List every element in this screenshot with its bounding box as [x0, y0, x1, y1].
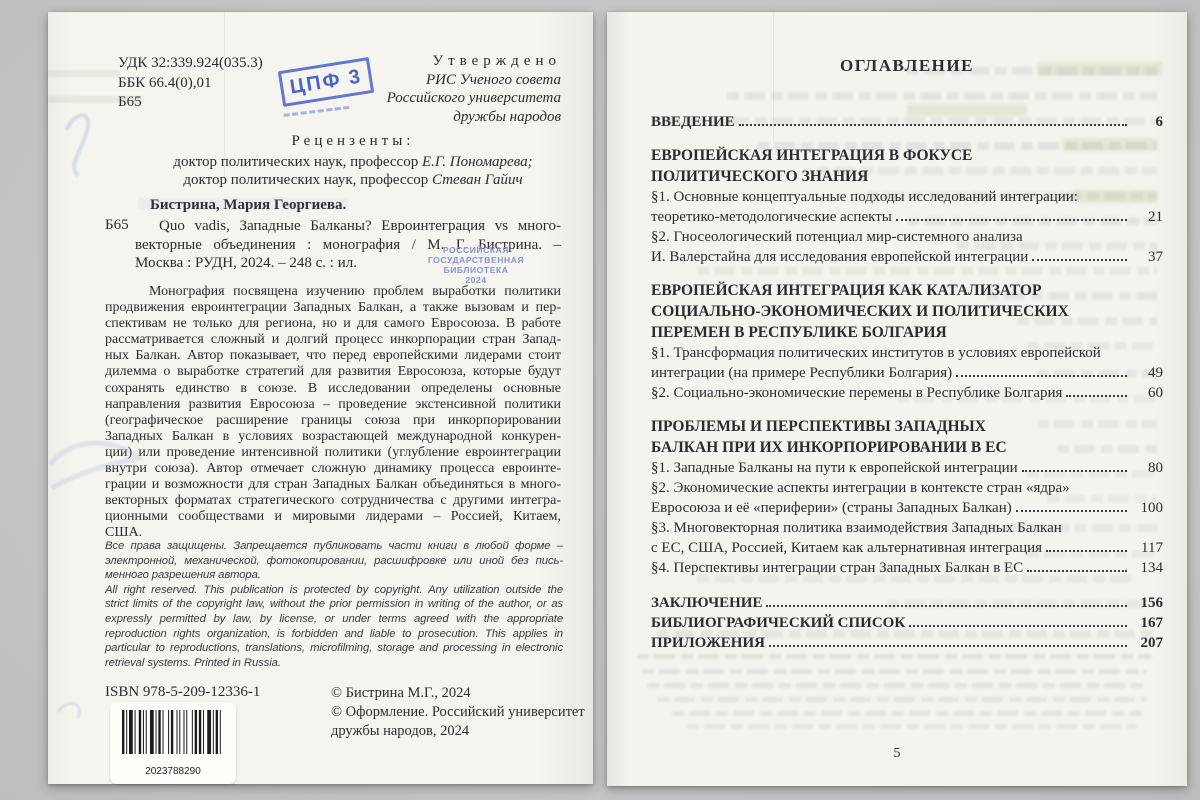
toc-page-number: 207 — [1129, 633, 1163, 653]
toc-item-label: БИБЛИОГРАФИЧЕСКИЙ СПИСОК — [651, 613, 905, 633]
copyright-line: дружбы народов, 2024 — [331, 722, 585, 741]
toc-item-row: ПРИЛОЖЕНИЯ207 — [651, 633, 1163, 653]
approved-line: РИС Ученого совета — [387, 71, 561, 90]
toc-page-number: 156 — [1129, 593, 1163, 613]
toc-section-heading: ПРОБЛЕМЫ И ПЕРСПЕКТИВЫ ЗАПАДНЫХБАЛКАН ПР… — [651, 416, 1163, 458]
toc-dot-leader — [909, 625, 1127, 627]
toc-item-row: интеграции (на примере Республики Болгар… — [651, 363, 1163, 383]
rights-en-line: strict limits of the copyright law, with… — [105, 597, 563, 612]
imprint-page: УДК 32:339.924(035.3) ББК 66.4(0),01 Б65… — [48, 12, 593, 784]
toc-dot-leader — [1022, 470, 1127, 472]
toc-page-number: 167 — [1129, 613, 1163, 633]
annotation-line: грации и возможности для стран Западных … — [105, 477, 561, 493]
toc-item-label: ПРИЛОЖЕНИЯ — [651, 633, 765, 653]
reviewers-heading: Рецензенты: — [138, 132, 568, 151]
annotation-line: ции) или проведение интенсивной политики… — [105, 445, 561, 461]
toc-item-line: §2. Гносеологический потенциал мир-систе… — [651, 227, 1163, 247]
toc-item: БИБЛИОГРАФИЧЕСКИЙ СПИСОК167 — [651, 613, 1163, 633]
toc-item-label: ВВЕДЕНИЕ — [651, 112, 735, 132]
toc-item-label: §1. Западные Балканы на пути к европейск… — [651, 458, 1018, 478]
toc-page-number: 60 — [1129, 383, 1163, 403]
barcode-sticker: 2023788290 — [110, 702, 236, 784]
toc-dot-leader — [1046, 550, 1127, 552]
annotation-line: рассматривается сложный и долгий процесс… — [105, 332, 561, 348]
reviewer-line: доктор политических наук, профессор Е.Г.… — [138, 153, 568, 172]
ghost-text-row — [687, 724, 1137, 729]
toc-item-row: БИБЛИОГРАФИЧЕСКИЙ СПИСОК167 — [651, 613, 1163, 633]
toc-item: ЗАКЛЮЧЕНИЕ156 — [651, 593, 1163, 613]
toc-heading: ОГЛАВЛЕНИЕ — [651, 56, 1163, 76]
isbn: ISBN 978-5-209-12336-1 — [105, 684, 260, 701]
bbk-code: ББК 66.4(0),01 — [118, 74, 263, 94]
copyright-line: © Оформление. Российский университет — [331, 703, 585, 722]
toc-page-number: 80 — [1129, 458, 1163, 478]
library-ink-stamp: РОССИЙСКАЯГОСУДАРСТВЕННАЯБИБЛИОТЕКА2024 — [416, 245, 536, 285]
toc-section-heading: ЕВРОПЕЙСКАЯ ИНТЕГРАЦИЯ В ФОКУСЕПОЛИТИЧЕС… — [651, 145, 1163, 187]
toc-section-line: БАЛКАН ПРИ ИХ ИНКОРПОРИРОВАНИИ В ЕС — [651, 437, 1163, 458]
ghost-text-row — [637, 654, 1152, 659]
annotation-paragraph: Монография посвящена изучению проблем вы… — [105, 284, 561, 542]
toc-section-line: СОЦИАЛЬНО-ЭКОНОМИЧЕСКИХ И ПОЛИТИЧЕСКИХ — [651, 301, 1163, 322]
toc-item: ПРИЛОЖЕНИЯ207 — [651, 633, 1163, 653]
toc-item-label: теоретико-методологические аспекты — [651, 207, 892, 227]
toc-section-line: ПЕРЕМЕН В РЕСПУБЛИКЕ БОЛГАРИЯ — [651, 322, 1163, 343]
toc-page-number: 6 — [1129, 112, 1163, 132]
annotation-line: ных Балкан. Автор показывает, что перед … — [105, 348, 561, 364]
toc-section-heading: ЕВРОПЕЙСКАЯ ИНТЕГРАЦИЯ КАК КАТАЛИЗАТОРСО… — [651, 280, 1163, 343]
toc-item-row: теоретико-методологические аспекты21 — [651, 207, 1163, 227]
annotation-line: ционными сообществами и мировыми лидерам… — [105, 509, 561, 525]
toc-section-line: ПРОБЛЕМЫ И ПЕРСПЕКТИВЫ ЗАПАДНЫХ — [651, 416, 1163, 437]
toc-section-line: ПОЛИТИЧЕСКОГО ЗНАНИЯ — [651, 166, 1163, 187]
catalog-author: Бистрина, Мария Георгиева. — [150, 197, 346, 214]
toc-page-number: 37 — [1129, 247, 1163, 267]
copyright-line: © Бистрина М.Г., 2024 — [331, 684, 585, 703]
contents-page: ОГЛАВЛЕНИЕ ВВЕДЕНИЕ6ЕВРОПЕЙСКАЯ ИНТЕГРАЦ… — [607, 12, 1187, 786]
toc-item-label: §4. Перспективы интеграции стран Западны… — [651, 558, 1023, 578]
annotation-line: Западных Балкан в условиях возрастающей … — [105, 429, 561, 445]
reviewer-degree: доктор политических наук, профессор — [173, 154, 422, 170]
toc-item: §2. Социально-экономические перемены в Р… — [651, 383, 1163, 403]
rights-en-line: reproduction rights organization, is for… — [105, 627, 563, 642]
barcode-icon — [110, 702, 236, 762]
toc-page-number: 49 — [1129, 363, 1163, 383]
library-stamp-line: ГОСУДАРСТВЕННАЯ — [416, 255, 536, 265]
ghost-text-row — [657, 697, 1147, 702]
rights-en-line: All right reserved. This publication is … — [105, 583, 563, 598]
annotation-line: (географическое расширение границы союза… — [105, 413, 561, 429]
toc-page-number: 21 — [1129, 207, 1163, 227]
page-number: 5 — [607, 746, 1187, 762]
toc-dot-leader — [956, 375, 1127, 377]
ghost-text-row — [647, 683, 1147, 688]
udk-code: УДК 32:339.924(035.3) — [118, 54, 263, 74]
toc-dot-leader — [1016, 510, 1127, 512]
reviewer-degree: доктор политических наук, профессор — [183, 172, 432, 188]
annotation-line: продвижения евроинтеграции Западных Балк… — [105, 300, 561, 316]
toc-page-number: 117 — [1129, 538, 1163, 558]
toc-page-number: 100 — [1129, 498, 1163, 518]
rights-en-line: particular to reproductions, translation… — [105, 641, 563, 656]
toc-item-row: И. Валерстайна для исследования европейс… — [651, 247, 1163, 267]
toc-item: §1. Западные Балканы на пути к европейск… — [651, 458, 1163, 478]
toc-item: §3. Многовекторная политика взаимодейств… — [651, 518, 1163, 558]
book-code: Б65 — [118, 93, 263, 113]
reviewer-line: доктор политических наук, профессор Стев… — [138, 171, 568, 190]
toc-dot-leader — [739, 124, 1127, 126]
book-scan: УДК 32:339.924(035.3) ББК 66.4(0),01 Б65… — [0, 0, 1200, 800]
rights-en-line: expressly permitted by law, by license, … — [105, 612, 563, 627]
toc-item: ВВЕДЕНИЕ6 — [651, 112, 1163, 132]
table-of-contents: ОГЛАВЛЕНИЕ ВВЕДЕНИЕ6ЕВРОПЕЙСКАЯ ИНТЕГРАЦ… — [651, 12, 1163, 653]
annotation-line: дилемма о выработке стратегий для развит… — [105, 364, 561, 380]
approved-line: Российского университета — [387, 89, 561, 108]
toc-item: §1. Трансформация политических институто… — [651, 343, 1163, 383]
toc-section-line: ЕВРОПЕЙСКАЯ ИНТЕГРАЦИЯ В ФОКУСЕ — [651, 145, 1163, 166]
toc-item-row: с ЕС, США, Россией, Китаем как альтернат… — [651, 538, 1163, 558]
toc-dot-leader — [1032, 259, 1127, 261]
library-stamp-line: РОССИЙСКАЯ — [416, 245, 536, 255]
toc-item-row: §2. Социально-экономические перемены в Р… — [651, 383, 1163, 403]
barcode-number: 2023788290 — [110, 766, 236, 777]
rights-ru-line: Все права защищены. Запрещается публиков… — [105, 539, 563, 554]
toc-item: §2. Гносеологический потенциал мир-систе… — [651, 227, 1163, 267]
toc-item: §1. Основные концептуальные подходы иссл… — [651, 187, 1163, 227]
toc-item-line: §1. Трансформация политических институто… — [651, 343, 1163, 363]
toc-item: §4. Перспективы интеграции стран Западны… — [651, 558, 1163, 578]
toc-item-line: §2. Экономические аспекты интеграции в к… — [651, 478, 1163, 498]
rights-en-line: retrieval systems. Printed in Russia. — [105, 656, 563, 671]
annotation-line: направления развития Евросоюза – проведе… — [105, 397, 561, 413]
toc-item-line: §1. Основные концептуальные подходы иссл… — [651, 187, 1163, 207]
classification-codes: УДК 32:339.924(035.3) ББК 66.4(0),01 Б65 — [118, 54, 263, 113]
toc-item-label: интеграции (на примере Республики Болгар… — [651, 363, 952, 383]
rights-notice: Все права защищены. Запрещается публиков… — [105, 539, 563, 670]
toc-item-row: §4. Перспективы интеграции стран Западны… — [651, 558, 1163, 578]
toc-dot-leader — [1027, 570, 1127, 572]
toc-item: §2. Экономические аспекты интеграции в к… — [651, 478, 1163, 518]
catalog-entry-line: Quo vadis, Западные Балканы? Евроинтегра… — [135, 217, 561, 236]
toc-dot-leader — [896, 219, 1127, 221]
annotation-line: сохранять единство в союзе. В исследован… — [105, 381, 561, 397]
annotation-line: внутри союза). Автор отмечает сложную ди… — [105, 461, 561, 477]
approved-title: Утверждено — [387, 52, 561, 71]
toc-page-number: 134 — [1129, 558, 1163, 578]
reviewers-block: Рецензенты: доктор политических наук, пр… — [138, 132, 568, 190]
toc-item-row: ЗАКЛЮЧЕНИЕ156 — [651, 593, 1163, 613]
rights-ru-line: менного разрешения автора. — [105, 568, 563, 583]
toc-item-row: §1. Западные Балканы на пути к европейск… — [651, 458, 1163, 478]
annotation-line: Монография посвящена изучению проблем вы… — [105, 284, 561, 300]
toc-item-label: И. Валерстайна для исследования европейс… — [651, 247, 1028, 267]
toc-item-label: с ЕС, США, Россией, Китаем как альтернат… — [651, 538, 1042, 558]
toc-item-line: §3. Многовекторная политика взаимодейств… — [651, 518, 1163, 538]
toc-dot-leader — [1066, 395, 1127, 397]
toc-dot-leader — [766, 605, 1127, 607]
approval-block: Утверждено РИС Ученого совета Российског… — [387, 52, 561, 126]
toc-item-label: §2. Социально-экономические перемены в Р… — [651, 383, 1062, 403]
toc-item-label: ЗАКЛЮЧЕНИЕ — [651, 593, 762, 613]
ghost-text-row — [642, 669, 1147, 674]
library-stamp-line: БИБЛИОТЕКА — [416, 265, 536, 275]
toc-item-row: ВВЕДЕНИЕ6 — [651, 112, 1163, 132]
reviewer-name: Е.Г. Пономарева; — [422, 154, 533, 170]
annotation-line: векторных форматах стратегического сотру… — [105, 493, 561, 509]
cpf-ink-stamp: ЦПФ 3 — [278, 57, 374, 107]
toc-section-line: ЕВРОПЕЙСКАЯ ИНТЕГРАЦИЯ КАК КАТАЛИЗАТОР — [651, 280, 1163, 301]
reviewer-name: Стеван Гайич — [432, 172, 523, 188]
toc-item-label: Евросоюза и её «периферии» (страны Запад… — [651, 498, 1012, 518]
rights-ru-line: электронной, механической, фотокопирован… — [105, 554, 563, 569]
ghost-text-row — [672, 711, 1142, 716]
annotation-line: спективам не только для региона, но и дл… — [105, 316, 561, 332]
toc-dot-leader — [769, 645, 1127, 647]
approved-line: дружбы народов — [387, 108, 561, 127]
toc-item-row: Евросоюза и её «периферии» (страны Запад… — [651, 498, 1163, 518]
catalog-entry-code: Б65 — [105, 217, 129, 234]
copyright-block: © Бистрина М.Г., 2024 © Оформление. Росс… — [331, 684, 585, 741]
cpf-stamp-text: ЦПФ 3 — [288, 65, 363, 99]
